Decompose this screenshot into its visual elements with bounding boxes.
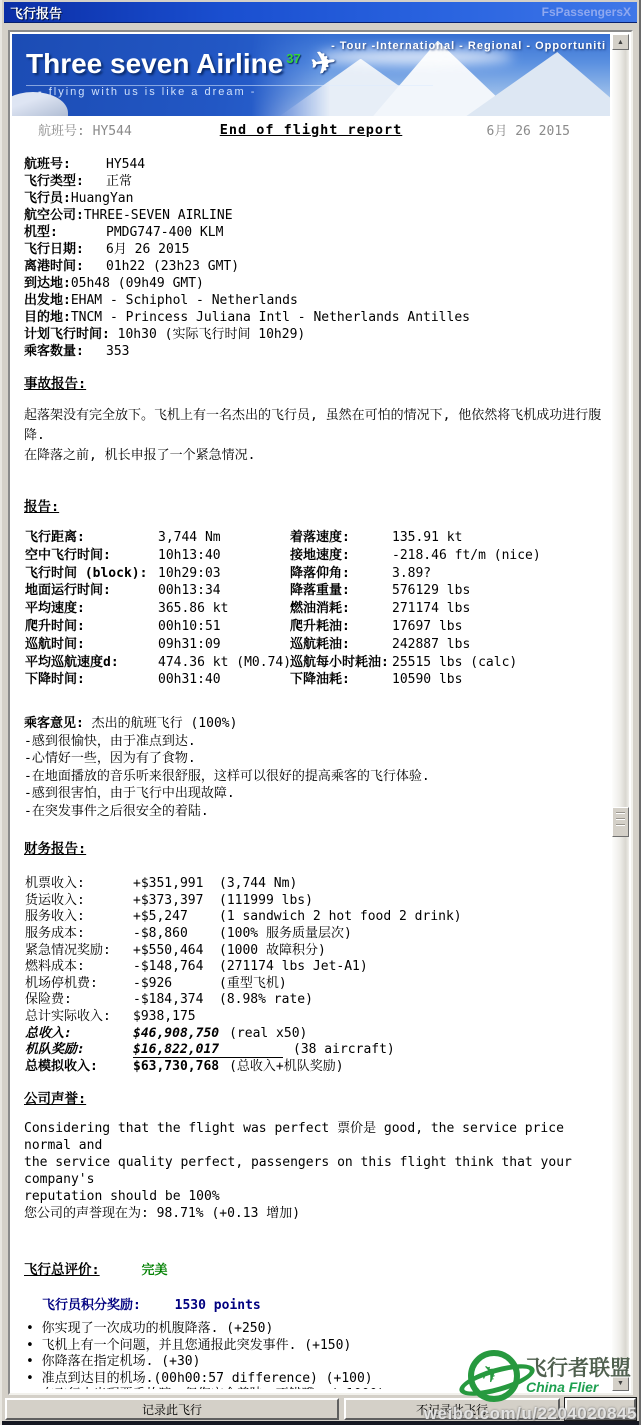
points-bullet: 飞机上有一个问题，并且您通报此突发事件. (+150) [26, 1337, 607, 1354]
obscured-right-button[interactable] [565, 1398, 636, 1420]
finance-value: -$148,764 [133, 958, 209, 975]
stat-label: 下降油耗: [290, 671, 392, 689]
flight-info-row: 乘客数量:353 [24, 343, 607, 360]
finance-row: 服务成本:-$8,860(100% 服务质量层次) [25, 925, 607, 942]
stat-label: 降落重量: [290, 582, 392, 600]
finance-heading: 财务报告: [18, 841, 607, 858]
finance-value: +$5,247 [133, 908, 209, 925]
stat-label: 爬升耗油: [290, 618, 392, 636]
flight-info-section: 航班号:HY544飞行类型:正常飞行员:HuangYan航空公司:THREE-S… [18, 156, 607, 360]
finance-note: (real x50) [229, 1025, 307, 1042]
finance-value: +$550,464 [133, 942, 209, 959]
scroll-up-icon: ▲ [617, 39, 624, 46]
info-label: 出发地: [24, 293, 71, 308]
stat-label: 地面运行时间: [25, 582, 158, 600]
flight-info-row: 飞行日期:6月 26 2015 [24, 241, 607, 258]
finance-table: 机票收入:+$351,991(3,744 Nm)货运收入:+$373,397(1… [18, 875, 607, 1074]
passenger-comments: -感到很愉快，由于准点到达.-心情好一些，因为有了食物.-在地面播放的音乐听来很… [18, 733, 607, 821]
window-title: 飞行报告 [10, 3, 62, 22]
finance-value: -$926 [133, 975, 209, 992]
stat-value: 3.89? [392, 565, 607, 583]
scroll-up-button[interactable]: ▲ [612, 34, 629, 50]
dont-record-flight-button[interactable]: 不记录此飞行 [344, 1398, 560, 1420]
finance-note: (重型飞机) [219, 975, 287, 992]
record-flight-button[interactable]: 记录此飞行 [5, 1398, 339, 1420]
info-value: HuangYan [71, 191, 134, 206]
airline-title: Three seven Airline37✈ [26, 46, 433, 86]
reputation-text-cn: 您公司的声誉现在为: 98.71% (+0.13 增加) [18, 1205, 607, 1222]
info-label: 航空公司: [24, 208, 84, 223]
flight-evaluation-line: 飞行总评价: 完美 [18, 1262, 607, 1279]
info-value: HY544 [106, 157, 145, 172]
flight-info-row: 飞行类型:正常 [24, 173, 607, 190]
stat-value: 00h10:51 [158, 618, 290, 636]
points-bullet-list: 你实现了一次成功的机腹降落. (+250)飞机上有一个问题，并且您通报此突发事件… [18, 1320, 607, 1389]
finance-value: $63,730,768 [133, 1058, 219, 1075]
flight-info-row: 航班号:HY544 [24, 156, 607, 173]
incident-text: 起落架没有完全放下。飞机上有一名杰出的飞行员, 虽然在可怕的情况下, 他依然将飞… [18, 406, 607, 466]
stat-label: 巡航耗油: [290, 636, 392, 654]
finance-note: (38 aircraft) [293, 1041, 395, 1058]
finance-row: 机票收入:+$351,991(3,744 Nm) [25, 875, 607, 892]
info-label: 飞行日期: [24, 241, 106, 258]
stat-label: 空中飞行时间: [25, 547, 158, 565]
stat-value: 09h31:09 [158, 636, 290, 654]
stat-value: 17697 lbs [392, 618, 607, 636]
flight-info-row: 到达地:05h48 (09h49 GMT) [24, 275, 607, 292]
flight-info-row: 离港时间:01h22 (23h23 GMT) [24, 258, 607, 275]
finance-label: 总计实际收入: [25, 1008, 133, 1025]
finance-note: (271174 lbs Jet-A1) [219, 958, 368, 975]
finance-value: $46,908,750 [133, 1025, 219, 1042]
stat-label: 巡航时间: [25, 636, 158, 654]
info-value: TNCM - Princess Juliana Intl - Netherlan… [71, 310, 470, 325]
finance-note: (总收入+机队奖励) [229, 1058, 343, 1075]
passenger-rating: 杰出的航班飞行 (100%) [92, 716, 238, 731]
flight-info-row: 飞行员:HuangYan [24, 190, 607, 207]
finance-row: 紧急情况奖励:+$550,464(1000 故障积分) [25, 942, 607, 959]
reputation-heading: 公司声誉: [18, 1091, 607, 1108]
passenger-comment: -感到很愉快，由于准点到达. [24, 733, 607, 751]
finance-row: 服务收入:+$5,247(1 sandwich 2 hot food 2 dri… [25, 908, 607, 925]
stat-value: 25515 lbs (calc) [392, 654, 607, 672]
finance-note: (8.98% rate) [219, 991, 313, 1008]
stat-row: 巡航时间:09h31:09巡航耗油:242887 lbs [25, 636, 607, 654]
info-value: THREE-SEVEN AIRLINE [84, 208, 233, 223]
info-label: 到达地: [24, 276, 71, 291]
info-label: 飞行员: [24, 191, 71, 206]
scroll-down-icon: ▼ [617, 1380, 624, 1387]
stat-label: 平均巡航速度d: [25, 654, 158, 672]
report-body: 航班号:HY544飞行类型:正常飞行员:HuangYan航空公司:THREE-S… [18, 136, 607, 1389]
report-content-frame: - Tour -International - Regional - Oppor… [8, 30, 633, 1395]
info-label: 航班号: [24, 156, 106, 173]
finance-label: 服务成本: [25, 925, 133, 942]
stat-value: 576129 lbs [392, 582, 607, 600]
stat-label: 飞行时间 (block): [25, 565, 158, 583]
info-label: 乘客数量: [24, 343, 106, 360]
flight-stats-table: 飞行距离:3,744 Nm着落速度:135.91 kt空中飞行时间:10h13:… [18, 529, 607, 689]
points-bullet: 准点到达目的机场.(00h00:57 difference) (+100) [26, 1370, 607, 1387]
passenger-comment: -在地面播放的音乐听来很舒服，这样可以很好的提高乘客的飞行体验. [24, 768, 607, 786]
passenger-opinion-line: 乘客意见: 杰出的航班飞行 (100%) [18, 715, 607, 733]
stat-label: 降落仰角: [290, 565, 392, 583]
stat-row: 平均速度:365.86 kt燃油消耗:271174 lbs [25, 600, 607, 618]
stat-value: 365.86 kt [158, 600, 290, 618]
stat-value: 10h29:03 [158, 565, 290, 583]
scrollbar[interactable]: ▲ ▼ [612, 34, 629, 1391]
airline-banner: - Tour -International - Regional - Oppor… [12, 34, 610, 116]
finance-row: 机队奖励:$16,822,017(38 aircraft) [25, 1041, 607, 1058]
finance-note: (111999 lbs) [219, 892, 313, 909]
info-value: 正常 [106, 174, 132, 189]
info-value: 353 [106, 344, 129, 359]
stat-value: 10h13:40 [158, 547, 290, 565]
finance-label: 服务收入: [25, 908, 133, 925]
airplane-icon: ✈ [308, 44, 338, 82]
passenger-opinion-label: 乘客意见: [24, 716, 84, 731]
airline-slogan: - flying with us is like a dream - [38, 86, 256, 98]
finance-label: 机场停机费: [25, 975, 133, 992]
flight-info-row: 出发地:EHAM - Schiphol - Netherlands [24, 292, 607, 309]
finance-label: 紧急情况奖励: [25, 942, 133, 959]
flight-info-row: 机型:PMDG747-400 KLM [24, 224, 607, 241]
stat-row: 地面运行时间:00h13:34降落重量:576129 lbs [25, 582, 607, 600]
info-label: 计划飞行时间: [24, 327, 110, 342]
scroll-down-button[interactable]: ▼ [612, 1375, 629, 1391]
stat-row: 平均巡航速度d:474.36 kt (M0.74)巡航每小时耗油:25515 l… [25, 654, 607, 672]
finance-note: (3,744 Nm) [219, 875, 297, 892]
info-label: 机型: [24, 224, 106, 241]
stat-value: 00h31:40 [158, 671, 290, 689]
points-bullet: 在飞行中出现严重故障，但您安全着陆，不错哦. (+1000) [26, 1386, 607, 1389]
finance-label: 总模拟收入: [25, 1058, 133, 1075]
flight-info-row: 航空公司:THREE-SEVEN AIRLINE [24, 207, 607, 224]
finance-value: +$373,397 [133, 892, 209, 909]
stat-row: 爬升时间:00h10:51爬升耗油:17697 lbs [25, 618, 607, 636]
finance-row: 总计实际收入:$938,175 [25, 1008, 607, 1025]
stat-value: 00h13:34 [158, 582, 290, 600]
stat-row: 空中飞行时间:10h13:40接地速度:-218.46 ft/m (nice) [25, 547, 607, 565]
app-name-label: FsPassengersX [542, 5, 631, 19]
stat-label: 燃油消耗: [290, 600, 392, 618]
finance-row: 总收入:$46,908,750(real x50) [25, 1025, 607, 1042]
info-value: 10h30 (实际飞行时间 10h29) [110, 327, 305, 342]
finance-value: $16,822,017 [133, 1041, 283, 1058]
finance-label: 燃料成本: [25, 958, 133, 975]
stat-label: 平均速度: [25, 600, 158, 618]
finance-value: -$8,860 [133, 925, 209, 942]
finance-label: 保险费: [25, 991, 133, 1008]
info-value: 01h22 (23h23 GMT) [106, 259, 239, 274]
pilot-points-label: 飞行员积分奖励: [42, 1298, 141, 1313]
stat-row: 飞行距离:3,744 Nm着落速度:135.91 kt [25, 529, 607, 547]
stat-row: 下降时间:00h31:40下降油耗:10590 lbs [25, 671, 607, 689]
finance-label: 机票收入: [25, 875, 133, 892]
stat-value: 474.36 kt (M0.74) [158, 654, 290, 672]
stat-label: 爬升时间: [25, 618, 158, 636]
info-value: EHAM - Schiphol - Netherlands [71, 293, 298, 308]
scrollbar-thumb[interactable] [612, 807, 629, 837]
airline-name: Three seven Airline [26, 48, 283, 79]
finance-value: +$351,991 [133, 875, 209, 892]
points-bullet: 你实现了一次成功的机腹降落. (+250) [26, 1320, 607, 1337]
finance-row: 总模拟收入:$63,730,768(总收入+机队奖励) [25, 1058, 607, 1075]
stats-heading: 报告: [18, 499, 607, 516]
flight-report-window: 飞行报告 FsPassengersX - Tour -International… [0, 0, 641, 1425]
pilot-points-value: 1530 points [175, 1298, 261, 1313]
stat-value: 271174 lbs [392, 600, 607, 618]
info-value: 6月 26 2015 [106, 242, 189, 257]
info-value: 05h48 (09h49 GMT) [71, 276, 204, 291]
stat-label: 着落速度: [290, 529, 392, 547]
passenger-comment: -在突发事件之后很安全的着陆. [24, 803, 607, 821]
reputation-text-en: Considering that the flight was perfect … [18, 1120, 607, 1205]
incident-heading: 事故报告: [18, 376, 607, 393]
finance-value: $938,175 [133, 1008, 209, 1025]
evaluation-value: 完美 [141, 1263, 167, 1278]
finance-label: 机队奖励: [25, 1041, 133, 1058]
stat-value: 10590 lbs [392, 671, 607, 689]
pilot-points-line: 飞行员积分奖励: 1530 points [18, 1297, 607, 1314]
flight-info-row: 计划飞行时间: 10h30 (实际飞行时间 10h29) [24, 326, 607, 343]
stat-label: 巡航每小时耗油: [290, 654, 392, 672]
window-bottom-edge [2, 1421, 639, 1425]
finance-label: 货运收入: [25, 892, 133, 909]
info-label: 飞行类型: [24, 173, 106, 190]
info-label: 目的地: [24, 310, 71, 325]
stat-label: 飞行距离: [25, 529, 158, 547]
finance-row: 机场停机费:-$926(重型飞机) [25, 975, 607, 992]
window-titlebar[interactable]: 飞行报告 FsPassengersX [4, 2, 637, 23]
finance-row: 货运收入:+$373,397(111999 lbs) [25, 892, 607, 909]
finance-note: (100% 服务质量层次) [219, 925, 352, 942]
passenger-comment: -感到很害怕，由于飞行中出现故障. [24, 785, 607, 803]
finance-label: 总收入: [25, 1025, 133, 1042]
finance-note: (1 sandwich 2 hot food 2 drink) [219, 908, 462, 925]
stat-label: 下降时间: [25, 671, 158, 689]
finance-row: 保险费:-$184,374(8.98% rate) [25, 991, 607, 1008]
stat-value: -218.46 ft/m (nice) [392, 547, 607, 565]
finance-note: (1000 故障积分) [219, 942, 326, 959]
evaluation-label: 飞行总评价: [24, 1262, 100, 1278]
stat-value: 3,744 Nm [158, 529, 290, 547]
stat-row: 飞行时间 (block):10h29:03降落仰角:3.89? [25, 565, 607, 583]
info-label: 离港时间: [24, 258, 106, 275]
stat-value: 135.91 kt [392, 529, 607, 547]
bottom-button-bar: 记录此飞行 不记录此飞行 [5, 1398, 636, 1420]
finance-value: -$184,374 [133, 991, 209, 1008]
stat-value: 242887 lbs [392, 636, 607, 654]
points-bullet: 你降落在指定机场. (+30) [26, 1353, 607, 1370]
airline-number: 37 [286, 51, 300, 66]
flight-info-row: 目的地:TNCM - Princess Juliana Intl - Nethe… [24, 309, 607, 326]
stat-label: 接地速度: [290, 547, 392, 565]
finance-row: 燃料成本:-$148,764(271174 lbs Jet-A1) [25, 958, 607, 975]
info-value: PMDG747-400 KLM [106, 225, 223, 240]
passenger-comment: -心情好一些，因为有了食物. [24, 750, 607, 768]
